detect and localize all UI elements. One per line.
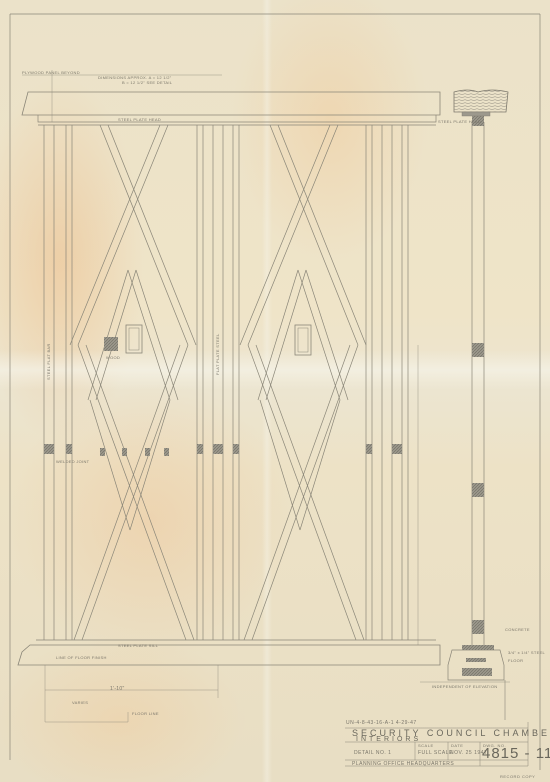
drawing-label: DETAIL NO. 1 (354, 750, 391, 756)
head-section-label: STEEL PLATE HEAD (438, 119, 481, 124)
dimension-note-a: VARIES (72, 700, 88, 705)
base-note: LINE OF FLOOR FINISH (56, 655, 107, 660)
office-line: PLANNING OFFICE HEADQUARTERS (352, 761, 454, 767)
center-post-label: FLAT PLATE STEEL (215, 334, 220, 375)
title-block-header-note: UN-4-8-43-16-A-1 4-29-47 (346, 720, 417, 726)
brace-label: WELDED JOINT (56, 459, 89, 464)
left-lattice (70, 125, 196, 640)
dimension-note-b: FLOOR LINE (132, 711, 159, 716)
head-rail (22, 92, 440, 115)
top-left-note: PLYWOOD PANEL BEYOND (22, 70, 80, 75)
record-copy-stamp: RECORD COPY (500, 774, 535, 779)
section-note-3: FLOOR (508, 658, 523, 663)
sill-label: STEEL PLATE SILL (118, 643, 158, 648)
wood-block (104, 337, 118, 351)
right-lattice (240, 125, 366, 640)
top-dim-note-2: B = 12 1/2" SEE DETAIL (122, 80, 172, 85)
drawing-sheet: PLYWOOD PANEL BEYOND DIMENSIONS APPROX. … (0, 0, 550, 782)
drawing-number: 4815 - 115 (482, 745, 550, 762)
scale-value: FULL SCALE (418, 750, 453, 756)
scale-caption: SCALE (418, 743, 434, 748)
head-label: STEEL PLATE HEAD (118, 117, 161, 122)
wood-block-label: WOOD (106, 355, 120, 360)
elevation-drawing (0, 0, 550, 782)
date-caption: DATE (451, 743, 463, 748)
bottom-section-note: INDEPENDENT OF ELEVATION (432, 684, 497, 689)
drawing-subtitle: INTERIORS (356, 736, 421, 743)
section-note-2: 3/4" x 1/4" STEEL (508, 650, 545, 655)
section-note-1: CONCRETE (505, 627, 530, 632)
wood-rail-section (454, 90, 508, 112)
dimension-label: 1'-10" (110, 686, 125, 692)
left-post-label: STEEL FLAT BAR (46, 343, 51, 380)
